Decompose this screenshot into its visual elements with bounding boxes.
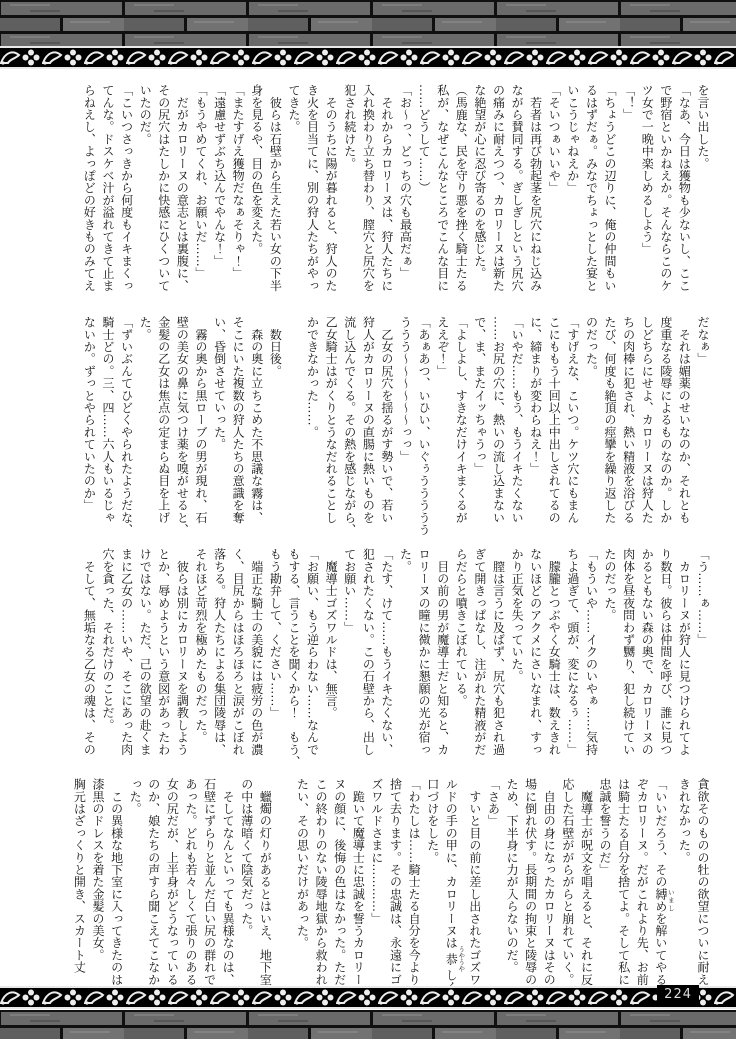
text-column: 「！」 [619, 84, 638, 298]
text-column: 入れ換わり立ち替わり、膣穴と尻穴を [359, 84, 378, 298]
text-column: ちの肉棒に犯され、熱い精液を浴びる [619, 316, 638, 530]
text-column: 「またすげえ獲物だなぁそりゃ！」 [229, 84, 248, 298]
text-column: 応した石壁ががらがらと崩れていく。 [558, 778, 577, 992]
page-number: 224 [657, 985, 699, 1007]
text-column: ながら賛同する。ぎしぎしという尻穴 [507, 84, 526, 298]
text-column: 霧の奥から黒ローブの男が現れ、石 [191, 316, 210, 530]
text-column: の痛みに耐えつつ、カロリーヌは新た [489, 84, 508, 298]
text-column: 蠟燭の灯りがあるとはいえ、地下室 [256, 778, 275, 992]
text-column: ううう〜〜〜〜〜〜っっ」 [396, 316, 415, 530]
text-column: とか、辱めようという意図があったわ [154, 548, 173, 762]
text-column: まに乙女の……いや、そこにあった肉 [117, 548, 136, 762]
brick-wall-border-bottom [0, 1010, 736, 1039]
text-column: 犯されたくない。この石壁から、出し [359, 548, 378, 762]
text-column: 「こいつさっきから何度もイキまくっ [117, 84, 136, 298]
text-column: その尻穴はたしかに快感にひくついて [154, 84, 173, 298]
text-column: こにももう十回以上中出しされてるの [545, 316, 564, 530]
text-column: ないほどのアクメにさいなまれ、すっ [526, 548, 545, 762]
text-column: ルドの手の甲に、カロリーヌは恭うやうやしく [442, 778, 466, 992]
text-column: そこにいた複数の狩人たちの意識を奪 [229, 316, 248, 530]
text-column: ……どうして……） [415, 84, 434, 298]
text-column: 魔導士ゴズワルドは、無言。 [322, 548, 341, 762]
text-column: 場に倒れ伏す。長期間の拘束と陵辱の [521, 778, 540, 992]
text-column: 貪欲そのものの牡の欲望についに耐え [693, 778, 712, 992]
text-column: のか、娘たちの声すら聞こえてこなか [144, 778, 163, 992]
text-column: たのだった。 [600, 548, 619, 762]
text-column: 「さあ」 [484, 778, 503, 992]
book-page: を言い出した。「なあ、今日は獲物も少ないし、ここで野宿といかねえか。そんならこの… [0, 0, 736, 1039]
text-column: きれなかった。 [675, 778, 694, 992]
text-column: この異様な地下室に入ってきたのは、 [107, 778, 126, 992]
text-column: 数日後。 [266, 316, 285, 530]
text-column: 度重なる陵辱によるものなのか。しか [656, 316, 675, 530]
text-band-3: 「う……ぁ……」 カロリーヌが狩人に見つけられてより数日。彼らは仲間を呼び、誰に… [80, 548, 712, 762]
text-column: （馬鹿な、民を守り悪を挫く騎士たる [452, 84, 471, 298]
text-column: 「お〜っ、どっちの穴も最高だぁ」 [396, 84, 415, 298]
text-column: いたのだ。 [136, 84, 155, 298]
text-column: 「あぁあつ、いひい、いぐぅううううう [415, 316, 434, 530]
text-column: しどちらにせよ、カロリーヌは狩人た [638, 316, 657, 530]
text-column: そして、無垢なる乙女の魂は、その [80, 548, 99, 762]
text-column: 口づけをした。 [423, 778, 442, 992]
text-column: ヌの顔に、後悔の色はなかった。ただ [330, 778, 349, 992]
text-column: は騎士たる自分を捨てよ。そして私に [614, 778, 633, 992]
text-column: 「もういや……イクのいやぁ……気持 [582, 548, 601, 762]
text-column: 石壁にずらりと並んだ白い尻の群れで [200, 778, 219, 992]
text-column: それほど苛烈を極めたものだった。 [191, 548, 210, 762]
text-column [274, 778, 293, 992]
text-column: てんな。ドスケベ汁が溢れてきて止ま [98, 84, 117, 298]
text-column: 落ちる。狩人たちによる集団陵辱は、 [210, 548, 229, 762]
text-column: 穴を貪った、それだけのことだ。 [98, 548, 117, 762]
text-column: 彼らは石壁から生えた若い女の下半 [266, 84, 285, 298]
text-column: 捨て去ります。その忠誠は、永遠にゴ [386, 778, 405, 992]
text-column: い、昏倒させていった。 [210, 316, 229, 530]
text-column: で野宿といかねえか。そんならこのケ [656, 84, 675, 298]
text-column: ええぞ！」 [433, 316, 452, 530]
text-column: ぎて開きっぱなし、注がれた精液がだ [470, 548, 489, 762]
text-column: だなぁ」 [693, 316, 712, 530]
text-column: ……お尻の穴に、熱いの流し込まない [489, 316, 508, 530]
text-column: もう勘弁して、ください……」 [266, 548, 285, 762]
text-column: 壁の美女の鼻に気つけ薬を嗅がせると、 [173, 316, 192, 530]
text-column: 膣は言うに及ばず、尻穴も犯され過 [489, 548, 508, 762]
text-column: た。 [136, 316, 155, 530]
brick-pattern-icon [0, 1010, 736, 1039]
text-column: 「もうやめてくれ、お願いだ……」 [191, 84, 210, 298]
floral-vine-ornament-icon [0, 48, 736, 67]
text-column: 「ちょうどこの辺りに、俺の仲間もい [600, 84, 619, 298]
text-column: に、締まりが変わらねえ！」 [526, 316, 545, 530]
text-column: かり正気を失っていた。 [507, 548, 526, 762]
text-column: だがカロリーヌの意志とは裏腹に、 [173, 84, 192, 298]
text-column: 森の奥に立ちこめた不思議な霧は、 [247, 316, 266, 530]
text-column: を言い出した。 [693, 84, 712, 298]
text-column: けではない。ただ、己の欲望の赴くま [136, 548, 155, 762]
text-column: な絶望が心に忍び寄るのを感じた。 [470, 84, 489, 298]
text-column: てお願い……」 [340, 548, 359, 762]
text-column: 金髪の乙女は焦点の定まらぬ目を上げ [154, 316, 173, 530]
text-column: ないか。ずっとやられていたのか」 [80, 316, 99, 530]
text-column: 端正な騎士の美貌には疲労の色が濃 [247, 548, 266, 762]
text-column: 狩人がカロリーヌの直腸に熱いものを [359, 316, 378, 530]
text-column: それは媚薬のせいなのか、それとも [675, 316, 694, 530]
text-column: の中は薄暗くて陰気だった。 [237, 778, 256, 992]
text-column: あった。どれも若々しくて張りのある [181, 778, 200, 992]
text-column: 犯され続けた。 [340, 84, 359, 298]
text-column: 「遠慮せずぶち込んでやんな！」 [210, 84, 229, 298]
text-column: いこうじゃねえか」 [563, 84, 582, 298]
text-column: 彼らは別にカロリーヌを調教しよう [173, 548, 192, 762]
text-column: った。 [126, 778, 145, 992]
floral-vine-ornament-icon [0, 988, 736, 1007]
text-column: すいと目の前に差し出されたゴズワ [465, 778, 484, 992]
text-column: 乙女の尻穴を揺るがす勢いで、若い [377, 316, 396, 530]
text-column: 「いいだろう、その縛めいましを解いてやる [651, 778, 675, 992]
text-column: 女の尻だが、上半身がどうなっている [163, 778, 182, 992]
text-column: 肉体を昼夜問わず嬲り、犯し続けてい [619, 548, 638, 762]
floral-vine-border-bottom [0, 986, 736, 1009]
text-column: 乙女騎士はがくりとうなだれることし [322, 316, 341, 530]
text-column: 「う……ぁ……」 [693, 548, 712, 762]
text-column: 「お願い、もう逆らわない……なんで [303, 548, 322, 762]
text-column: らねえし、よっぽどの好きものみてえ [80, 84, 99, 298]
text-column: それからカロリーヌは、狩人たちに [377, 84, 396, 298]
brick-pattern-icon [0, 0, 736, 46]
text-column: 「すげえな、こいつ。ケツ穴にもまん [563, 316, 582, 530]
text-column: のだった。 [582, 316, 601, 530]
text-column: たび、何度も絶頂の痙攣を繰り返した [600, 316, 619, 530]
text-column: 朦朧とつぶやく女騎士は、数えきれ [545, 548, 564, 762]
text-column: 「そいつぁいいや」 [545, 84, 564, 298]
text-column: 漆黒のドレスを着た金髪の美女。 [88, 778, 107, 992]
text-column: 自由の身になったカロリーヌはその [540, 778, 559, 992]
text-column: 若者は再び勃起茎を尻穴にねじ込み [526, 84, 545, 298]
text-column: ズワルドさまに…………」 [367, 778, 386, 992]
text-column: 「わたしは……騎士たる自分を今より [405, 778, 424, 992]
brick-wall-border-top [0, 0, 736, 46]
text-column: この終わりのない陵辱地獄から救われ [312, 778, 331, 992]
text-column: ロリーヌの瞳に微かに懇願の光が宿っ [415, 548, 434, 762]
text-band-2: だなぁ」 それは媚薬のせいなのか、それとも度重なる陵辱によるものなのか。しかしど… [80, 316, 712, 530]
text-column: かできなかった……。 [303, 316, 322, 530]
text-column: ツ女で一晩中楽しめるしよう」 [638, 84, 657, 298]
text-column: たい、その思いだけがあった。 [293, 778, 312, 992]
floral-vine-border-top [0, 46, 736, 69]
text-column: 「たす、けて……もうイキたくない、 [377, 548, 396, 762]
text-column: ため、下半身に力が入らないのだ。 [502, 778, 521, 992]
text-column: らだらと噴きこぼれている。 [452, 548, 471, 762]
text-band-4: 貪欲そのものの牡の欲望についに耐えきれなかった。「いいだろう、その縛めいましを解… [70, 778, 712, 992]
text-column: 魔導士が呪文を唱えると、それに反 [577, 778, 596, 992]
text-column: るはずだぁ。みなでちょっとした宴と [582, 84, 601, 298]
text-column: 跪いて魔導士に忠誠を誓うカロリー [349, 778, 368, 992]
text-column: 胸元はざっくりと開き、スカート丈 [70, 778, 89, 992]
text-column: 身を見るや、目の色を変えた。 [247, 84, 266, 298]
text-column: 騎士どの。三、四……六人もいるじゃ [98, 316, 117, 530]
text-column [284, 316, 303, 530]
text-column: 私が、なぜこんなところでこんな目に [433, 84, 452, 298]
text-column: 「いやだ……もう、もうイキたくない [507, 316, 526, 530]
text-column: り数日。彼らは仲間を呼び、誰に見つ [656, 548, 675, 762]
text-column: カロリーヌが狩人に見つけられてよ [675, 548, 694, 762]
text-column: ちよ過ぎて、頭が、変になるぅ……」 [563, 548, 582, 762]
text-column: た。 [396, 548, 415, 762]
text-column: 「よしよし、すきなだけイキまくるが [452, 316, 471, 530]
text-column: そのうちに陽が暮れると、狩人のた [322, 84, 341, 298]
text-column: かるともない森の奥で、カロリーヌの [638, 548, 657, 762]
text-column: ぞカロリーヌ。だがこれより先、お前 [633, 778, 652, 992]
text-band-1: を言い出した。「なあ、今日は獲物も少ないし、ここで野宿といかねえか。そんならこの… [80, 84, 712, 298]
text-column: 流し込んでくる。その熱を感じながら、 [340, 316, 359, 530]
text-column: く、目尻からはほろほろと涙がこぼれ [229, 548, 248, 762]
text-column: 「なあ、今日は獲物も少ないし、ここ [675, 84, 694, 298]
text-column: 忠誠を誓うのだ」 [595, 778, 614, 992]
text-column: で、ま、またイッちゃうっ」 [470, 316, 489, 530]
text-column: 「ずいぶんてひどくやられたようだな、 [117, 316, 136, 530]
text-column: てきた。 [284, 84, 303, 298]
text-column: そしてなんといっても異様なのは、 [219, 778, 238, 992]
text-column: き火を目当てに、別の狩人たちがやっ [303, 84, 322, 298]
text-column: もする、言うことを聞くから！ もう、 [284, 548, 303, 762]
text-column: 目の前の男が魔導士だと知ると、カ [433, 548, 452, 762]
